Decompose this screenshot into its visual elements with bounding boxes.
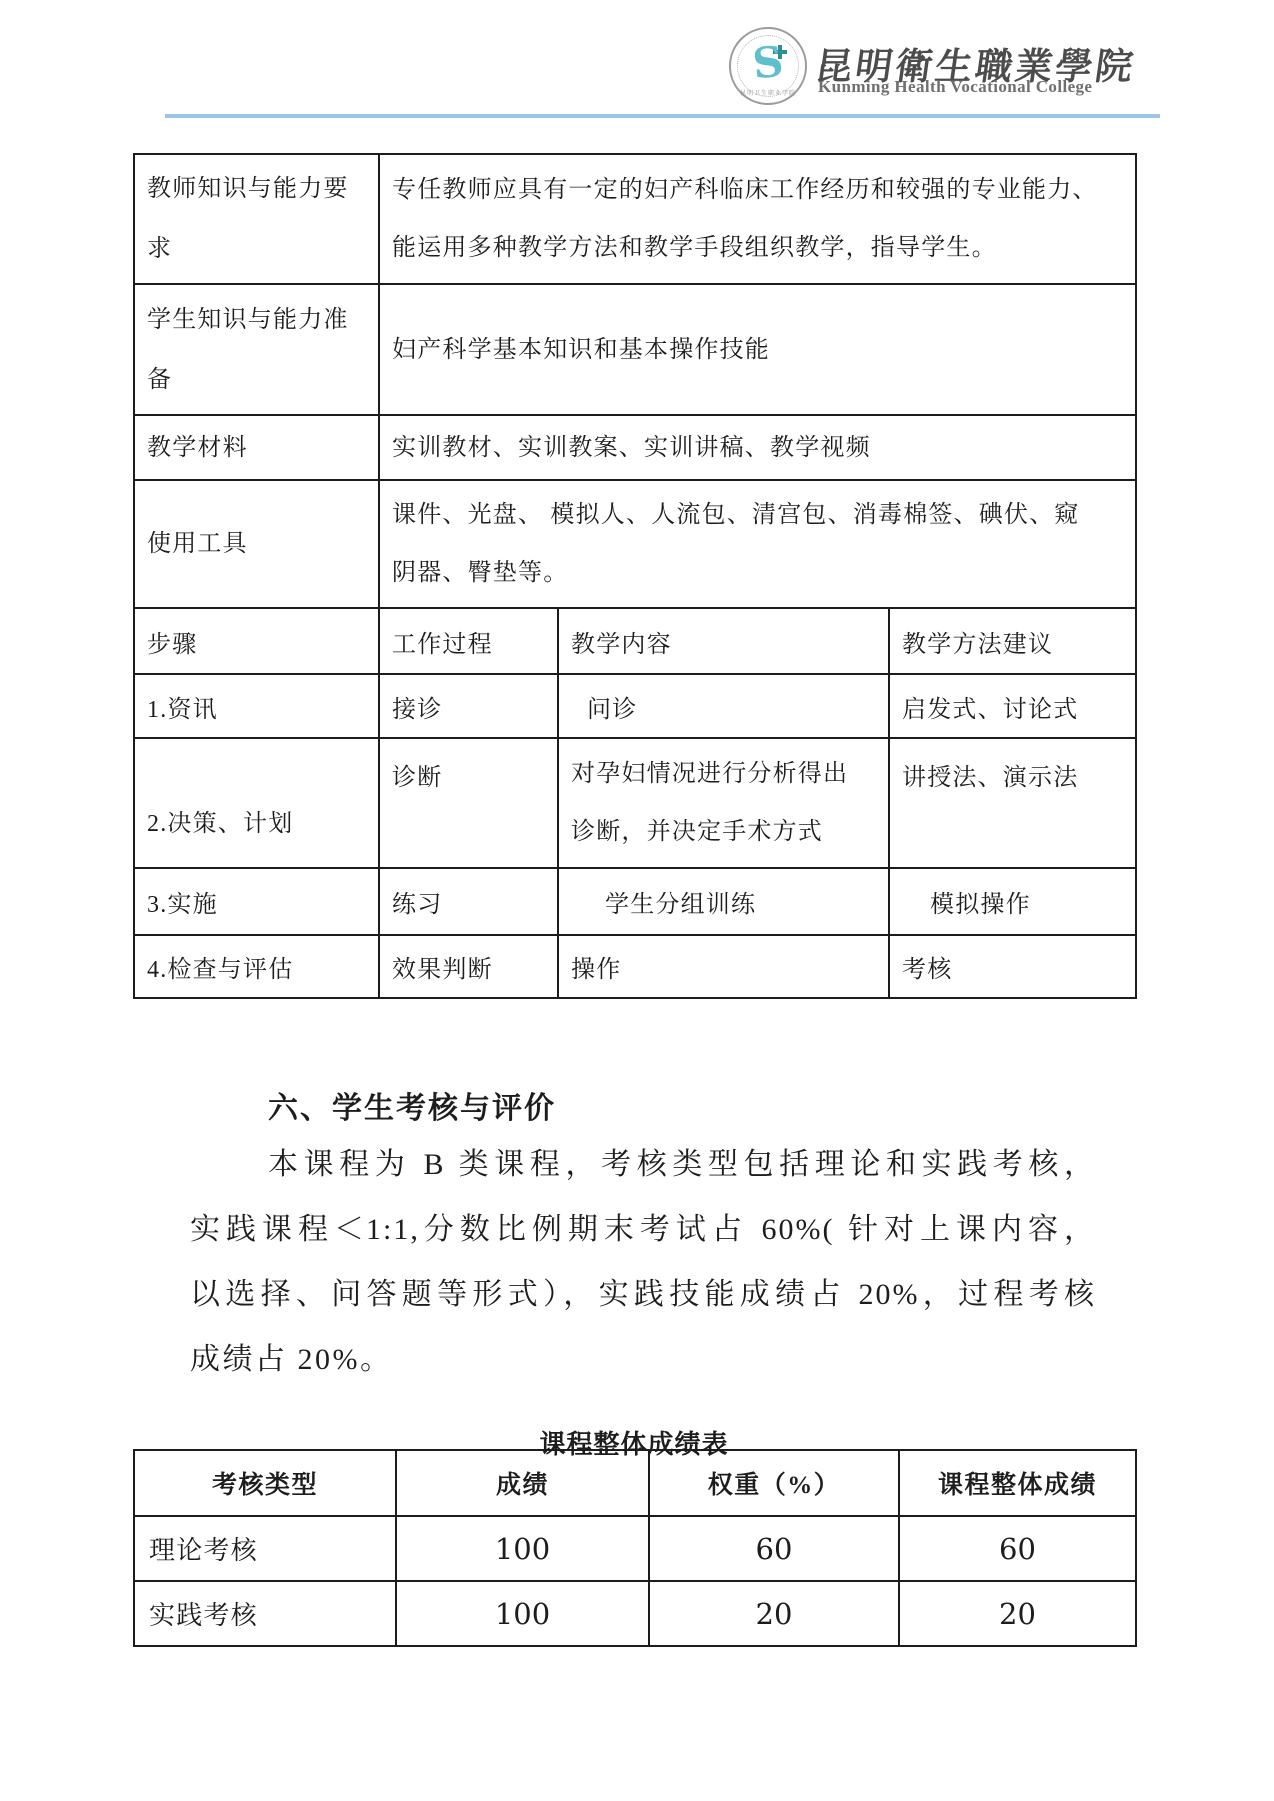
info-label-line: 求 [147,219,378,279]
content-cell: 问诊 [558,674,889,738]
paragraph-line: 成绩占 20%。 [190,1327,1096,1392]
info-label-line: 教学材料 [147,418,378,478]
method-cell: 启发式、讨论式 [889,674,1136,738]
info-content-line: 妇产科学基本知识和基本操作技能 [392,321,1135,379]
info-label-cell: 学生知识与能力准 备 [134,284,379,415]
content-cell: 学生分组训练 [558,868,889,935]
paragraph-line: 实践课程＜1:1,分数比例期末考试占 60%( 针对上课内容， [190,1197,1096,1262]
table-row: 教师知识与能力要 求 专任教师应具有一定的妇产科临床工作经历和较强的专业能力、 … [134,154,1136,284]
table-row: 学生知识与能力准 备 妇产科学基本知识和基本操作技能 [134,284,1136,415]
info-content-line: 实训教材、实训教案、实训讲稿、教学视频 [392,419,1135,477]
steps-header-cell: 教学方法建议 [889,608,1136,674]
method-cell: 考核 [889,935,1136,998]
info-content-line: 课件、光盘、 模拟人、人流包、清宫包、消毒棉签、碘伏、窥 [392,486,1135,544]
method-cell: 模拟操作 [889,868,1136,935]
step-row: 2.决策、计划 诊断 对孕妇情况进行分析得出 诊断，并决定手术方式 讲授法、演示… [134,738,1136,868]
document-page: S 昆明卫生职业学院 昆明衛生職業學院 Kunming Health Vocat… [0,0,1274,1801]
step-cell: 4.检查与评估 [134,935,379,998]
section-heading: 六、学生考核与评价 [268,1083,556,1127]
seal-ring-text: 昆明卫生职业学院 [731,88,805,97]
info-content-cell: 课件、光盘、 模拟人、人流包、清宫包、消毒棉签、碘伏、窥 阴器、臀垫等。 [379,480,1136,608]
info-label-cell: 教学材料 [134,415,379,480]
step-cell: 3.实施 [134,868,379,935]
paragraph-line: 本课程为 B 类课程，考核类型包括理论和实践考核， [190,1132,1096,1197]
steps-header-cell: 步骤 [134,608,379,674]
step-cell: 2.决策、计划 [134,738,379,868]
college-seal-logo: S 昆明卫生职业学院 [729,27,807,105]
weight-cell: 20 [649,1581,899,1646]
paragraph-line: 以选择、问答题等形式），实践技能成绩占 20%，过程考核 [190,1262,1096,1327]
score-table: 考核类型 成绩 权重（%） 课程整体成绩 理论考核 100 60 60 实践考核… [133,1449,1137,1647]
info-content-line: 能运用多种教学方法和教学手段组织教学，指导学生。 [392,219,1135,277]
college-name-english: Kunming Health Vocational College [818,77,1092,97]
step-cell: 1.资讯 [134,674,379,738]
score-cell: 100 [396,1581,649,1646]
score-header-cell: 课程整体成绩 [899,1450,1136,1516]
content-cell: 对孕妇情况进行分析得出 诊断，并决定手术方式 [558,738,889,868]
process-cell: 效果判断 [379,935,558,998]
step-row: 1.资讯 接诊 问诊 启发式、讨论式 [134,674,1136,738]
process-cell: 诊断 [379,738,558,868]
header-divider-line [165,114,1160,118]
assessment-type-cell: 理论考核 [134,1516,396,1581]
weight-cell: 60 [649,1516,899,1581]
steps-header-row: 步骤 工作过程 教学内容 教学方法建议 [134,608,1136,674]
info-label-line: 学生知识与能力准 [147,290,378,350]
content-line: 诊断，并决定手术方式 [571,803,888,861]
info-content-line: 阴器、臀垫等。 [392,544,1135,602]
method-cell: 讲授法、演示法 [889,738,1136,868]
info-content-cell: 妇产科学基本知识和基本操作技能 [379,284,1136,415]
process-cell: 练习 [379,868,558,935]
assessment-type-cell: 实践考核 [134,1581,396,1646]
info-label-cell: 教师知识与能力要 求 [134,154,379,284]
info-content-cell: 实训教材、实训教案、实训讲稿、教学视频 [379,415,1136,480]
score-header-cell: 权重（%） [649,1450,899,1516]
overall-score-cell: 60 [899,1516,1136,1581]
score-header-cell: 成绩 [396,1450,649,1516]
course-info-table: 教师知识与能力要 求 专任教师应具有一定的妇产科临床工作经历和较强的专业能力、 … [133,153,1137,999]
step-row: 3.实施 练习 学生分组训练 模拟操作 [134,868,1136,935]
steps-header-cell: 教学内容 [558,608,889,674]
content-cell: 操作 [558,935,889,998]
info-label-line: 备 [147,350,378,410]
info-content-cell: 专任教师应具有一定的妇产科临床工作经历和较强的专业能力、 能运用多种教学方法和教… [379,154,1136,284]
score-row: 实践考核 100 20 20 [134,1581,1136,1646]
content-line: 对孕妇情况进行分析得出 [571,745,888,803]
info-label-line: 使用工具 [147,514,378,574]
info-content-line: 专任教师应具有一定的妇产科临床工作经历和较强的专业能力、 [392,161,1135,219]
table-row: 使用工具 课件、光盘、 模拟人、人流包、清宫包、消毒棉签、碘伏、窥 阴器、臀垫等… [134,480,1136,608]
score-cell: 100 [396,1516,649,1581]
steps-header-cell: 工作过程 [379,608,558,674]
info-label-cell: 使用工具 [134,480,379,608]
info-label-line: 教师知识与能力要 [147,159,378,219]
step-row: 4.检查与评估 效果判断 操作 考核 [134,935,1136,998]
score-header-cell: 考核类型 [134,1450,396,1516]
overall-score-cell: 20 [899,1581,1136,1646]
process-cell: 接诊 [379,674,558,738]
seal-dragon-s-icon: S [729,35,808,90]
table-row: 教学材料 实训教材、实训教案、实训讲稿、教学视频 [134,415,1136,480]
section-paragraph: 本课程为 B 类课程，考核类型包括理论和实践考核， 实践课程＜1:1,分数比例期… [190,1132,1096,1392]
score-row: 理论考核 100 60 60 [134,1516,1136,1581]
score-header-row: 考核类型 成绩 权重（%） 课程整体成绩 [134,1450,1136,1516]
